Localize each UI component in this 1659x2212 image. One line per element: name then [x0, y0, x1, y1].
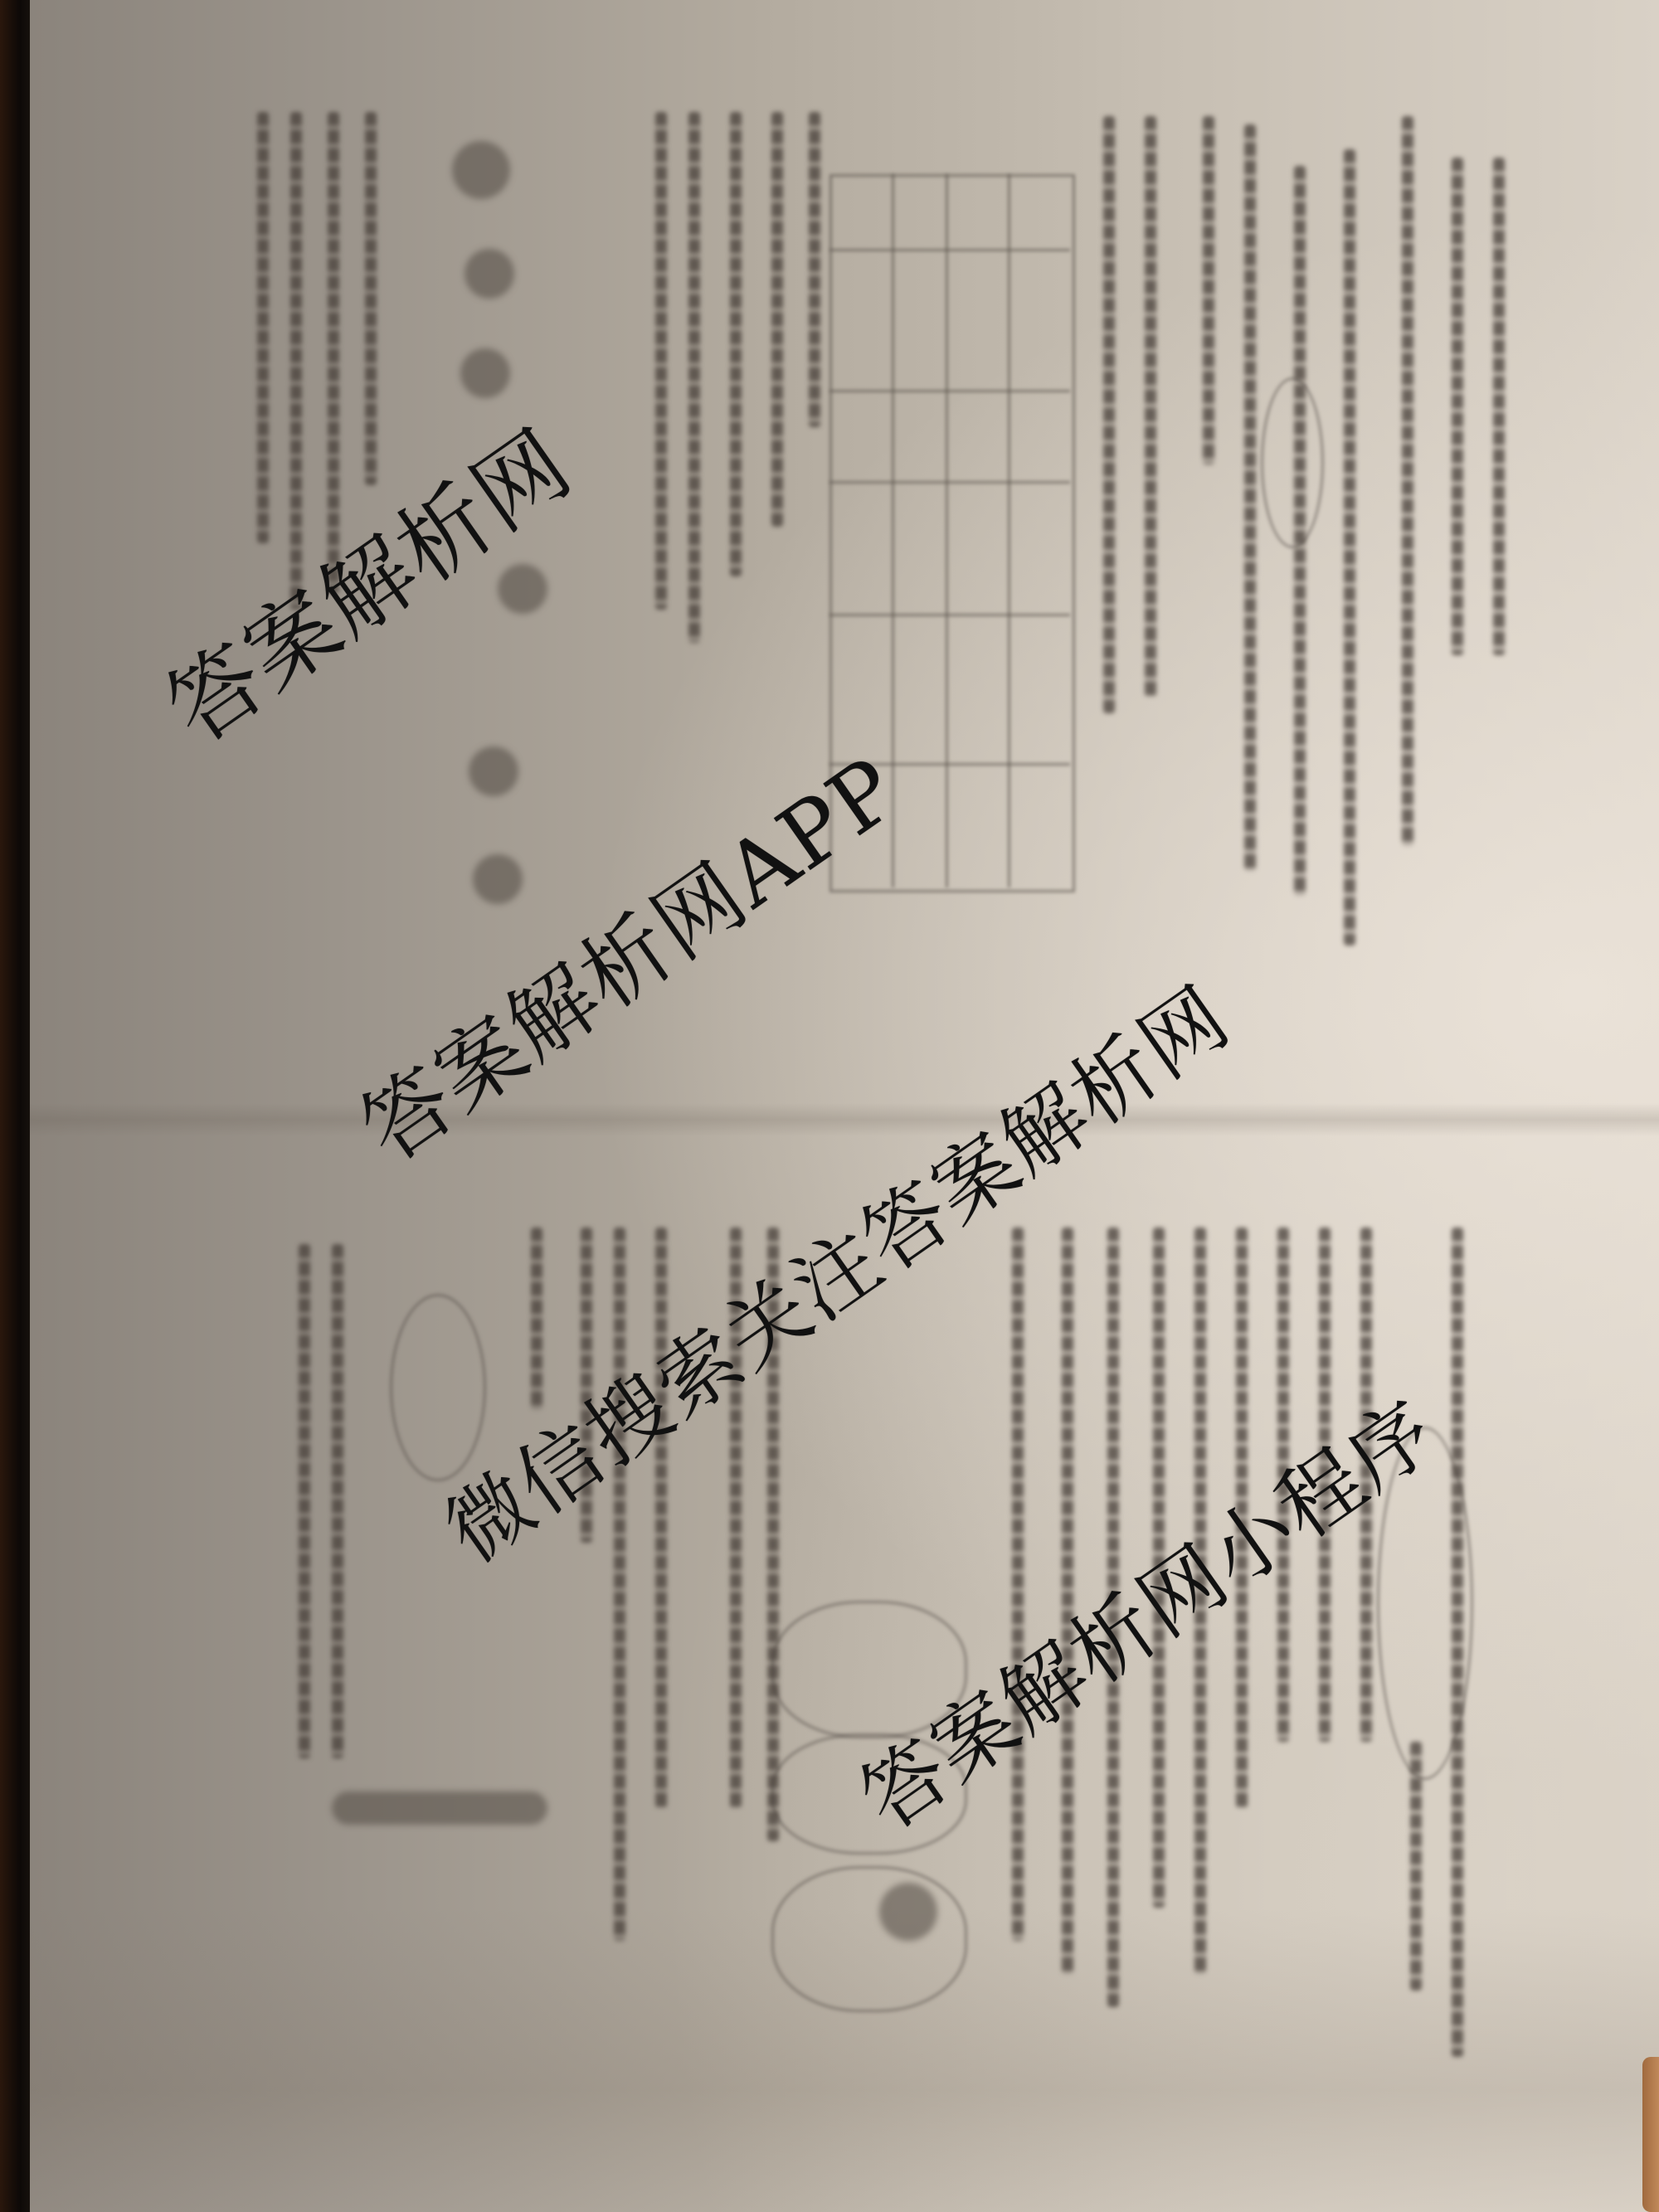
cell-diagram	[771, 1866, 967, 2012]
text-line	[1244, 124, 1256, 871]
text-line	[332, 1244, 343, 1758]
text-line	[730, 112, 742, 576]
text-line	[1294, 166, 1306, 896]
table-divider	[829, 390, 1070, 392]
text-line	[257, 112, 269, 543]
text-line	[365, 112, 377, 485]
text-line	[1452, 1228, 1463, 2057]
table-divider	[829, 614, 1070, 616]
text-line	[1203, 116, 1214, 464]
table-divider	[829, 249, 1070, 251]
text-line	[299, 1244, 310, 1758]
text-line	[809, 112, 820, 427]
diagram-node	[460, 348, 510, 398]
nucleus	[879, 1883, 937, 1941]
text-line	[1103, 116, 1115, 713]
text-line	[1493, 158, 1505, 655]
text-line	[290, 112, 302, 610]
paper-fold	[30, 1103, 1659, 1136]
text-line	[1410, 1742, 1422, 1991]
diagram-node	[473, 854, 523, 904]
text-line	[688, 112, 700, 643]
circled-answer	[1261, 377, 1324, 548]
table-divider	[892, 174, 894, 887]
text-line	[531, 1228, 542, 1410]
table-divider	[829, 481, 1070, 484]
finger-edge	[1642, 2057, 1659, 2212]
diagram-node	[452, 141, 510, 199]
text-line	[1012, 1228, 1024, 1941]
diagram-node	[465, 249, 514, 299]
background-edge	[0, 0, 33, 2212]
text-line	[1145, 116, 1156, 697]
table-divider	[946, 174, 948, 887]
text-line	[1402, 116, 1413, 846]
text-line	[771, 112, 783, 527]
table-divider	[1008, 174, 1010, 887]
text-line	[1452, 158, 1463, 655]
text-line	[1344, 149, 1355, 946]
chain-diagram	[332, 1791, 547, 1825]
diagram-node	[469, 746, 518, 796]
text-line	[655, 112, 667, 610]
text-line	[614, 1228, 625, 1941]
diagram-node	[498, 564, 547, 614]
